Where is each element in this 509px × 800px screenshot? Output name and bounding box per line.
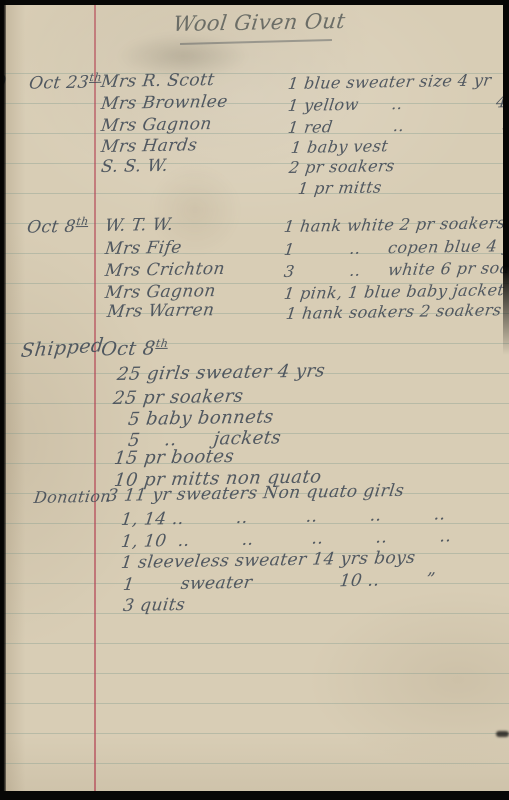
entry-name: S. S. W. bbox=[100, 158, 169, 176]
entry-item: 1 hank white 2 pr soakers bbox=[283, 215, 506, 235]
scanned-ledger-page: Wool Given Out ) Oct 23th Mrs R. Scott M… bbox=[0, 0, 509, 800]
notebook-paper: Wool Given Out ) Oct 23th Mrs R. Scott M… bbox=[0, 0, 509, 800]
entry-name: Mrs Gagnon bbox=[104, 283, 217, 302]
date-oct23: Oct 23th bbox=[28, 72, 103, 93]
shipped-date-text: Oct 8 bbox=[100, 337, 157, 360]
scan-border-bottom bbox=[0, 791, 509, 800]
shipped-item: 15 pr bootes bbox=[113, 448, 235, 468]
entry-name: Mrs Fife bbox=[104, 240, 183, 258]
entry-item: 1 red .. 2 .. bbox=[287, 116, 509, 136]
donation-label: Donation bbox=[33, 489, 112, 506]
shipped-item: 5 baby bonnets bbox=[127, 408, 275, 429]
entry-item: 1 pr mitts bbox=[297, 180, 383, 197]
shipped-date-suffix: th bbox=[155, 337, 169, 350]
date-oct8-text: Oct 8 bbox=[26, 217, 77, 238]
date-oct23-text: Oct 23 bbox=[28, 73, 90, 94]
entry-name: Mrs Gagnon bbox=[100, 116, 213, 135]
date-oct8-suffix: th bbox=[76, 215, 90, 228]
donation-item: 3 quits bbox=[122, 597, 186, 615]
entry-name: W. T. W. bbox=[104, 217, 174, 235]
scan-border-left bbox=[0, 0, 6, 800]
shipped-item: 25 girls sweater 4 yrs bbox=[116, 362, 326, 384]
entry-name: Mrs Brownlee bbox=[100, 94, 229, 113]
entry-name: Mrs Crichton bbox=[104, 261, 226, 280]
entry-item: 2 pr soakers bbox=[288, 158, 396, 176]
entry-item: 1 blue sweater size 4 yr bbox=[287, 72, 492, 92]
page-title: Wool Given Out bbox=[172, 11, 347, 35]
entry-item: 1 yellow .. 4 .. bbox=[287, 94, 509, 114]
entry-item: 1 pink, 1 blue baby jacket bbox=[283, 282, 505, 302]
date-oct8: Oct 8th bbox=[26, 216, 89, 237]
entry-item: 1 .. copen blue 4 yrs bbox=[283, 238, 509, 258]
entry-name: Mrs R. Scott bbox=[100, 72, 215, 91]
entry-name: Mrs Hards bbox=[100, 137, 198, 156]
scan-edge-mark bbox=[496, 731, 509, 737]
shipped-item: 25 pr soakers bbox=[112, 388, 244, 408]
shipped-date: Oct 8th bbox=[100, 338, 169, 359]
scan-shadow-blob bbox=[483, 24, 509, 68]
entry-item: 1 baby vest bbox=[290, 138, 389, 156]
entry-item: 3 .. white 6 pr soakers bbox=[283, 259, 509, 280]
entry-item: 1 hank soakers 2 soakers bbox=[285, 302, 502, 322]
scan-border-top bbox=[0, 0, 509, 5]
margin-line bbox=[94, 0, 96, 800]
entry-name: Mrs Warren bbox=[106, 302, 215, 321]
